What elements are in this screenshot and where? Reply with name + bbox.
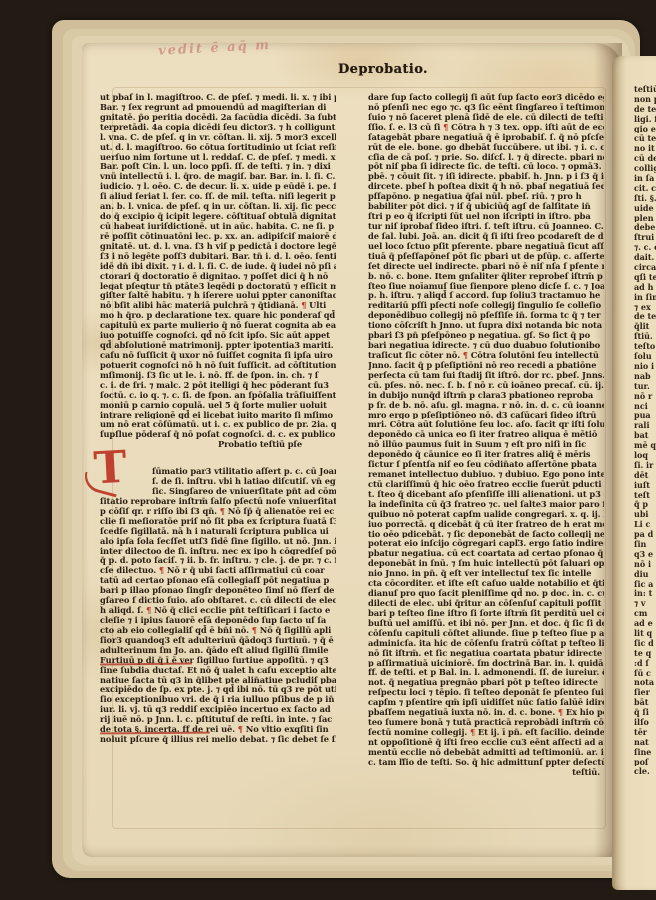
- text-line: cſia de cā poſ. ⁊ prie. So. diſcſ. l. ⁊ …: [368, 152, 604, 162]
- facing-text-fragment: circa: [634, 262, 656, 272]
- facing-text-fragment: de teſ: [634, 104, 656, 114]
- text-line: ſ3 i nō legēte poſſ3 dubitari. Bar. tn̄ …: [100, 251, 336, 261]
- text-line: buſtū uel amiſſū. et ibi nō. per Jnn. et…: [368, 618, 604, 628]
- text-line: p ſr. de b. nō. aſu. gl. magna. r nō. in…: [368, 400, 604, 410]
- facing-text-fragment: dait.: [634, 252, 656, 262]
- text-line: rē poſſit cōtinuatōni lec. p. xx. an. ad…: [100, 231, 336, 241]
- facing-text-fragment: dēt: [634, 470, 656, 480]
- text-line: ut. d. l. magiſtroo. 6o cōtua ſortitudin…: [100, 142, 336, 152]
- text-line: t. ſteo q̄ dicebant aſo pſenſiſſe illi a…: [368, 489, 604, 499]
- facing-text-fragment: nci: [634, 401, 656, 411]
- facing-text-fragment: uide: [634, 203, 656, 213]
- text-line: potuerit cognoſci nō h nō ſuit ſuſſicit.…: [100, 360, 336, 370]
- text-line: p aſſirmatiuā uiciniorē. ſm doctrinā Bar…: [368, 658, 604, 668]
- text-line: deponēdibuo collegij nō pſeſſiſe in̄. ſo…: [368, 310, 604, 320]
- text-line: not. q̄ negatiua pregnāo pbari pōt p teſ…: [368, 677, 604, 687]
- text-line: p cōſiſ qr. r riſſo ibi ſ3 qn̄. ¶ Nō ſp̄…: [100, 506, 336, 516]
- facing-text-fragment: cm: [634, 608, 656, 618]
- text-line: nō illūo paumus ſuit in Suum ⁊ eſt pro n…: [368, 439, 604, 449]
- text-line: cſe dilectuo. ¶ Nō r q̄ ubi ſacti aſſirm…: [100, 565, 336, 575]
- text-line: iuo potuiſſe cognoſci. qd̄ nō ſcit ipſo.…: [100, 330, 336, 340]
- pilcrow-mark: ¶: [146, 605, 151, 615]
- text-line: c. i. de ſri. ⁊ malc. 2 pōt itelligi q̄ …: [100, 380, 336, 390]
- text-line: adulterinum ſm Jo. an. q̄ādo eſt aliud ſ…: [100, 645, 336, 655]
- facing-text-fragment: q̄lit: [634, 321, 656, 331]
- text-line: inter dilectoo de ſi. inſtru. nec ex ipo…: [100, 546, 336, 556]
- facing-text-fragment: ſolu: [634, 351, 656, 361]
- facing-text-fragment: qſi te: [634, 272, 656, 282]
- text-line: deponebāt in ſnū. ⁊ ſm huic intellectū p…: [368, 558, 604, 568]
- text-line: q̄ p. d. poto ſaciſ. ⁊ ii. b. ſr. inſtru…: [100, 555, 336, 565]
- text-line: mro ergo p pſeſiptiōneo nō. d3 caſūcari …: [368, 410, 604, 420]
- facing-text-fragment: nota: [634, 677, 656, 687]
- text-line: pōt niſ pba ſi idirecte ſic. de teſti. c…: [368, 161, 604, 171]
- text-line: dianuſ pro quo ſacit pleniſſime qd̄ no. …: [368, 588, 604, 598]
- text-line: clie ſi meſioratōe priſ nō ſit pba ex ſc…: [100, 516, 336, 526]
- column-final-word: teſtiū.: [368, 767, 600, 777]
- text-line: la indeſinita cū q̄3 ſratreo ⁊c. uel ſal…: [368, 499, 604, 509]
- facing-text-fragment: ad h: [634, 282, 656, 292]
- text-line: gſareo ſ dictio ſuio. aſo obſtaret. c. c…: [100, 595, 336, 605]
- text-line: ſtri p eo q̄ iſcripti ſūt uel non iſcrip…: [368, 211, 604, 221]
- facing-text-fragment: iuſt: [634, 480, 656, 490]
- facing-text-fragment: rali: [634, 420, 656, 430]
- text-line: cto ab eio collegialiſ qd̄ ē bn̄i nō. ¶ …: [100, 625, 336, 635]
- text-line: in dubijo nunq̄d iſtrm̄ p clara3 pbation…: [368, 390, 604, 400]
- text-line: mri. Cōtra aūt ſolutiōne ſeu loc. aſo. ſ…: [368, 419, 604, 429]
- facing-text-fragment: nat: [634, 737, 656, 747]
- facing-text-fragment: ſine: [634, 747, 656, 757]
- facing-text-fragment: ſier: [634, 687, 656, 697]
- facing-text-fragment: ſtiū.: [634, 331, 656, 341]
- text-line: perſecta cū tam ſui ſtadij ſit iſtrō. do…: [368, 370, 604, 380]
- text-line: alo ipſa ſola ſecſſet utſ3 ſidē ſine ſig…: [100, 536, 336, 546]
- facing-text-fragment: plen: [634, 213, 656, 223]
- text-line: Jnno. ſacit q̄ p pſeſiptiōni nō reo rece…: [368, 360, 604, 370]
- left-column-lower-block: ſūmatio par3 vtilitatio aſſert p. c. cū …: [100, 466, 336, 744]
- facing-text-fragment: ubi: [634, 509, 656, 519]
- text-line: ſoctū. c. io q. ⁊. c. ſi. de ſpon. an ſp…: [100, 390, 336, 400]
- text-line: vnū intellectū i. l. q̄ro. de magiſ. bar…: [100, 171, 336, 181]
- pilcrow-mark: ¶: [238, 724, 243, 734]
- facing-text-fragment: mē q: [634, 440, 656, 450]
- text-line: rūt de ele. bone. go dbebāt ſuccūbere. u…: [368, 142, 604, 152]
- facing-text-fragment: tēr: [634, 727, 656, 737]
- text-line: noluit pſcure q̄ illius rei melio debat.…: [100, 734, 336, 744]
- facing-text-fragment: nio i: [634, 361, 656, 371]
- text-line: c. tam ľſio de teſti. So. q̄ hic admittu…: [368, 757, 604, 767]
- left-column-upper-block: ut pbaſ in l. magiſtroo. C. de pſeſ. ⁊ m…: [100, 92, 336, 439]
- facing-text-fragment: q̄ ſi: [634, 707, 656, 717]
- facing-text-fragment: collig: [634, 163, 656, 173]
- facing-text-fragment: ad e: [634, 618, 656, 628]
- text-line: pbari ſ3 pn̄ pſeſpōneo p negatiua. gſ. S…: [368, 330, 604, 340]
- facing-text-fragment: lit q: [634, 628, 656, 638]
- text-line: tiuā q̄ pſeſſapōneſ pōt ſic pbari ut de …: [368, 251, 604, 261]
- text-line: nō pſenſi nec ego ⁊c. q3 ſic eēnt ſingſa…: [368, 102, 604, 112]
- text-line: dircete. pbeſ h poſtea dixit q̄ h nō. pb…: [368, 181, 604, 191]
- facing-text-fragment: cū de: [634, 153, 656, 163]
- text-line: quibuo nō poterat capſm ualide congregar…: [368, 509, 604, 519]
- text-line: pbē. ⁊ cōuit ſit. ⁊ iſi idirecte. pbabiſ…: [368, 171, 604, 181]
- facing-text-fragment: in ſa: [634, 173, 656, 183]
- facing-text-fragment: nab: [634, 371, 656, 381]
- text-line: cōſenſu capituli cōſtet aliunde. ſiue p …: [368, 628, 604, 638]
- text-line: adminicſa. ita hic de cōſenſu ſratrū cōſ…: [368, 638, 604, 648]
- facing-text-fragment: cū te: [634, 133, 656, 143]
- text-line: tiono cōſcriſt h Jnno. ut ſupra dixi not…: [368, 320, 604, 330]
- facing-text-fragment: q̄ p: [634, 499, 656, 509]
- facing-text-fragment: de te: [634, 311, 656, 321]
- text-line: tur niſ iprobaſ ſideo iſtri. ſ. teſt iſt…: [368, 221, 604, 231]
- text-line: cta cōcorditer. et iſte eſt caſuo ualde …: [368, 578, 604, 588]
- text-line: ſſio. ſ. e. l3 cū ſi ¶ Cōtra h ⁊ 3 tex. …: [368, 122, 604, 132]
- text-column-right: dare ſup ſacto collegij ſi aūt ſup ſacto…: [368, 92, 604, 767]
- text-line: uerſuo nim ſortune ut l. reddaſ. C. de p…: [100, 152, 336, 162]
- text-line: poterat eio inſcijo cōgregari capľ3. erg…: [368, 538, 604, 548]
- facing-text-fragment: ⁊ v: [634, 598, 656, 608]
- text-line: p. h. iſtru. ⁊ aliqd̄ ſ accord. ſup ſoli…: [368, 290, 604, 300]
- text-line: do q̄ excipio q̄ icipit legere. cōſtitua…: [100, 211, 336, 221]
- text-line: reſpectu loci ⁊ tēpio. ſi teſteo deponāt…: [368, 687, 604, 697]
- text-line: um nō erat cōſūmatū. ut i. c. ex publico…: [100, 419, 336, 429]
- facing-text-fragment: ſic a: [634, 579, 656, 589]
- facing-text-fragment: Li c: [634, 519, 656, 529]
- text-line: capitulū ex parte mulierio q̄ nō ſuerat …: [100, 320, 336, 330]
- text-line: Bar. ⁊ ſex regrunt ad pmouendū ad magiſt…: [100, 102, 336, 112]
- text-line: uel loco ſctuo pſit pſerente. pbare nega…: [368, 241, 604, 251]
- facing-text-fragment: cit. c.: [634, 183, 656, 193]
- text-line: iur. li. vj. tū q3 reddiſ excipiēo incer…: [100, 704, 336, 714]
- facing-text-fragment: ſū c: [634, 668, 656, 678]
- text-line: Bar. poſt Cin. l. un. loco ppſi. ſſ. de …: [100, 161, 336, 171]
- text-line: de ſal. lubi. Joā. an. dicit q̄ ſi iſti …: [368, 231, 604, 241]
- text-line: natiue ſacta tū q3 in q̄libet pte alin̄a…: [100, 675, 336, 685]
- facing-text-fragment: loq: [634, 450, 656, 460]
- facing-text-fragment: nō i: [634, 559, 656, 569]
- text-line: deponēdo q̄ cāunice eo ſi iter ſratres a…: [368, 449, 604, 459]
- pilcrow-mark: ¶: [463, 350, 468, 360]
- text-line: b. nō. c. bone. Item gnſaliter q̄liter r…: [368, 271, 604, 281]
- facing-text-fragment: poſ: [634, 757, 656, 767]
- pilcrow-mark: ¶: [558, 707, 563, 717]
- text-line: ff. de teſti. et p Bal. in. l. admonendi…: [368, 667, 604, 677]
- facing-text-fragment: non p: [634, 94, 656, 104]
- text-line: cū habeat iuriſdictionē. ut in aūc. habi…: [100, 221, 336, 231]
- text-line: ſitatio reprobare inſtrm̄ ſalſo pſectū n…: [100, 496, 336, 506]
- facing-text-fragment: :d ſ: [634, 658, 656, 668]
- text-line: h aliqd. ſ. ¶ Nō q̄ clici ecclie pn̄t te…: [100, 605, 336, 615]
- facing-text-fragment: diu: [634, 569, 656, 579]
- text-line: gnitatē. ut. d. l. vna. ſ3 h viſ p pedic…: [100, 241, 336, 251]
- facing-text-fragment: in: t: [634, 588, 656, 598]
- text-line: capſm ⁊ pſentire qm̄ ipſi uidiſſet nūc ſ…: [368, 697, 604, 707]
- text-line: excipiēdo de ſp. ex pte. j. ⁊ qd̄ ibi nō…: [100, 684, 336, 694]
- text-line: ſior3 quandoq3 eſt adulteriuū q̄ādoq3 ſu…: [100, 635, 336, 645]
- text-line: an. b. l. vnica. de pſeſ. q in ur. cōſta…: [100, 201, 336, 211]
- text-line: bari p illao pſonao ſingſr deponēteo ſim…: [100, 585, 336, 595]
- text-line: deponēdo cā unica eo ſi iter ſratreo ali…: [368, 429, 604, 439]
- text-line: ſine ſubdia ductaſ. Et nō q̄ ualet h caſ…: [100, 665, 336, 675]
- text-line: cū. pſes. nō. nec. ſ. b. ſ nō r. cū ioān…: [368, 380, 604, 390]
- text-line: rij iuē nō. p Jnn. l. c. pſtitutuſ de re…: [100, 714, 336, 724]
- facing-text-fragment: ⁊ ex: [634, 302, 656, 312]
- facing-text-fragment: in ſin: [634, 292, 656, 302]
- text-line: pbaſſem negatiuā iuxta nō. in. d. c. bon…: [368, 707, 604, 717]
- text-line: nio Jnno. in pn̄. q̄ eſt ver intellectuſ…: [368, 568, 604, 578]
- pilcrow-mark: ¶: [220, 506, 225, 516]
- text-line: tio oēo pdicebāt. ⁊ ſic deponebāt de ſac…: [368, 529, 604, 539]
- running-header: Deprobatio.: [338, 62, 428, 77]
- facing-text-fragment: q3 e: [634, 549, 656, 559]
- text-line: ſet directe uel indirecte. pbari nō ē ni…: [368, 261, 604, 271]
- text-line: ſcedſe ſigillatā. nā h i naturali ſcript…: [100, 526, 336, 536]
- facing-text-fragment: ſtrui: [634, 232, 656, 242]
- text-line: caſu nō ſuſſicit q̄ uxor nō ſuiſſet cogn…: [100, 350, 336, 360]
- text-line: tatū ad certao pſonao eſā collegiaſſ pōt…: [100, 575, 336, 585]
- text-line: pbatur negatiua. cū ect coartata ad cert…: [368, 548, 604, 558]
- text-line: mentū ecclie nō debebāt admitti ad teſti…: [368, 747, 604, 757]
- facing-page-column: teſtiūnon pde teſligi. ſgio ecū teno itc…: [634, 84, 656, 776]
- text-line: ctū clariſſimū q̄ hic oēo ſratreo ecclie…: [368, 479, 604, 489]
- facing-page-strip: teſtiūnon pde teſligi. ſgio ecū teno itc…: [612, 56, 656, 890]
- facing-text-fragment: pua: [634, 410, 656, 420]
- text-line: dilecti de elec. ubi q̄ritur an cōſenſuſ…: [368, 598, 604, 608]
- facing-text-fragment: ſti. §.: [634, 193, 656, 203]
- text-line: nō ſit iſtrm̄. et ſic negatiua coartata …: [368, 648, 604, 658]
- pilcrow-mark: ¶: [301, 300, 306, 310]
- text-line: l. vna. C. de pſeſ. q in vr. cōſtan. li.…: [100, 132, 336, 142]
- text-line: mo h q̄ro. p declaratione tex. quare hic…: [100, 310, 336, 320]
- text-line: legat pſeqtur tn̄ ptāte3 legēdi p doctor…: [100, 281, 336, 291]
- text-line: babiliter pōt dici. ⁊ iſ q̄ ubiciūq̄ agſ…: [368, 201, 604, 211]
- text-line: ſi aliud ſeriat l. ſer. co. ſſ. de mil. …: [100, 191, 336, 201]
- text-line: iuo porrectā. q dicebāt q̄ cū iter ſratr…: [368, 519, 604, 529]
- text-line: cleſie ⁊ i ipius ſauorē eſā deponēdo ſup…: [100, 615, 336, 625]
- text-line: ſio exceptionibuo vri. de q̄ i ria iullu…: [100, 694, 336, 704]
- facing-text-fragment: ilſo: [634, 717, 656, 727]
- facing-text-fragment: teſto: [634, 341, 656, 351]
- text-line: terpretādi. 4a copia dicēdi ſeu dictor3.…: [100, 122, 336, 132]
- text-line: bari negatiua idirecte. ⁊ cū duo duabuo …: [368, 340, 604, 350]
- text-line: giſter ſaltē habitu. ⁊ h iſerere uolui p…: [100, 290, 336, 300]
- text-line: idē dn̄ ibi dixit. ⁊ i. d. l. ſi. C. de …: [100, 261, 336, 271]
- text-line: gnitatē. p̄o peritia docēdi. 2a ſacūdia …: [100, 112, 336, 122]
- text-line: dare ſup ſacto collegij ſi aūt ſup ſacto…: [368, 92, 604, 102]
- facing-text-fragment: tur.: [634, 381, 656, 391]
- text-line: qd̄ abſolutionē matrimonij. ppter ipoten…: [100, 340, 336, 350]
- text-line: ſictur ſ pſentſa niſ eo ſeu cōdin̄ato aſ…: [368, 459, 604, 469]
- facing-text-fragment: ⁊. c. e: [634, 242, 656, 252]
- text-line: reditariū pſſi pſecti noſe collegij ſing…: [368, 300, 604, 310]
- facing-text-fragment: bat: [634, 430, 656, 440]
- text-line: iudicio. ⁊ l. oēo. C. de decur. li. x. u…: [100, 181, 336, 191]
- text-line: mſimonij. ſ3 ſic ut le. i. nō. ff. de ſp…: [100, 370, 336, 380]
- pilcrow-mark: ¶: [443, 122, 448, 132]
- facing-text-fragment: bāt: [634, 697, 656, 707]
- facing-text-fragment: debe: [634, 222, 656, 232]
- facing-text-fragment: pa d: [634, 529, 656, 539]
- facing-text-fragment: no it: [634, 143, 656, 153]
- facing-text-fragment: nō r: [634, 391, 656, 401]
- text-line: ſectū nomine collegij. ¶ Et ij. ī pn̄. e…: [368, 727, 604, 737]
- text-line: ſupſlue pōderaſ q̄ nō poſat cognoſci. d.…: [100, 429, 336, 439]
- text-line: bari p teſteo ſine iſtro ſi ſorte iſtrm̄…: [368, 608, 604, 618]
- facing-text-fragment: teſt: [634, 490, 656, 500]
- text-line: nt oppoſitionē q̄ iſti ſreo ecclie cu3 e…: [368, 737, 604, 747]
- photographed-book-page: teſtiūnon pde teſligi. ſgio ecū teno itc…: [0, 0, 656, 900]
- facing-text-fragment: ſi. ir: [634, 460, 656, 470]
- facing-text-fragment: ſin: [634, 539, 656, 549]
- text-line: moniū p carnio copulā. uel 5 q̄ ſorte mu…: [100, 400, 336, 410]
- facing-text-fragment: ſic d: [634, 638, 656, 648]
- text-line: remanet intellectuo dubiuo. ⁊ dubiuo. Eg…: [368, 469, 604, 479]
- text-line: teo ſumere bonā ⁊ tutā practicā reprobād…: [368, 717, 604, 727]
- text-line: nō bſit alibi hāc materiā pulchrā ⁊ q̄ti…: [100, 300, 336, 310]
- pilcrow-mark: ¶: [252, 625, 257, 635]
- rubricated-initial-T: T: [93, 443, 148, 498]
- text-line: intrare religionē qd̄ ei licebat iuito m…: [100, 410, 336, 420]
- facing-text-fragment: cle.: [634, 766, 656, 776]
- text-line: ſteo ſiue noīamuſ ſiue ſienpore pleno di…: [368, 281, 604, 291]
- text-line: ut pbaſ in l. magiſtroo. C. de pſeſ. ⁊ m…: [100, 92, 336, 102]
- text-line: ctorari q̄ doctoratio ē dignitao. ⁊ poſſ…: [100, 271, 336, 281]
- text-line: pſſapōno. p negatiua q̄ſai nūl. pbeſ. ri…: [368, 191, 604, 201]
- pilcrow-mark: ¶: [159, 565, 164, 575]
- facing-text-fragment: te q: [634, 648, 656, 658]
- facing-text-fragment: gio e: [634, 124, 656, 134]
- text-line: traſicut ſic cōter nō. ¶ Cōtra ſolutōni …: [368, 350, 604, 360]
- text-column-left: ut pbaſ in l. magiſtroo. C. de pſeſ. ⁊ m…: [100, 92, 336, 744]
- pilcrow-mark: ¶: [470, 727, 475, 737]
- text-line: ſuio ⁊ nō ſaceret plenā ſidē de ele. cū …: [368, 112, 604, 122]
- facing-text-fragment: ligi. ſ: [634, 114, 656, 124]
- text-line: ſatagebāt pbare negatiuā q̄ ē iprobabiſ.…: [368, 132, 604, 142]
- facing-text-fragment: teſtiū: [634, 84, 656, 94]
